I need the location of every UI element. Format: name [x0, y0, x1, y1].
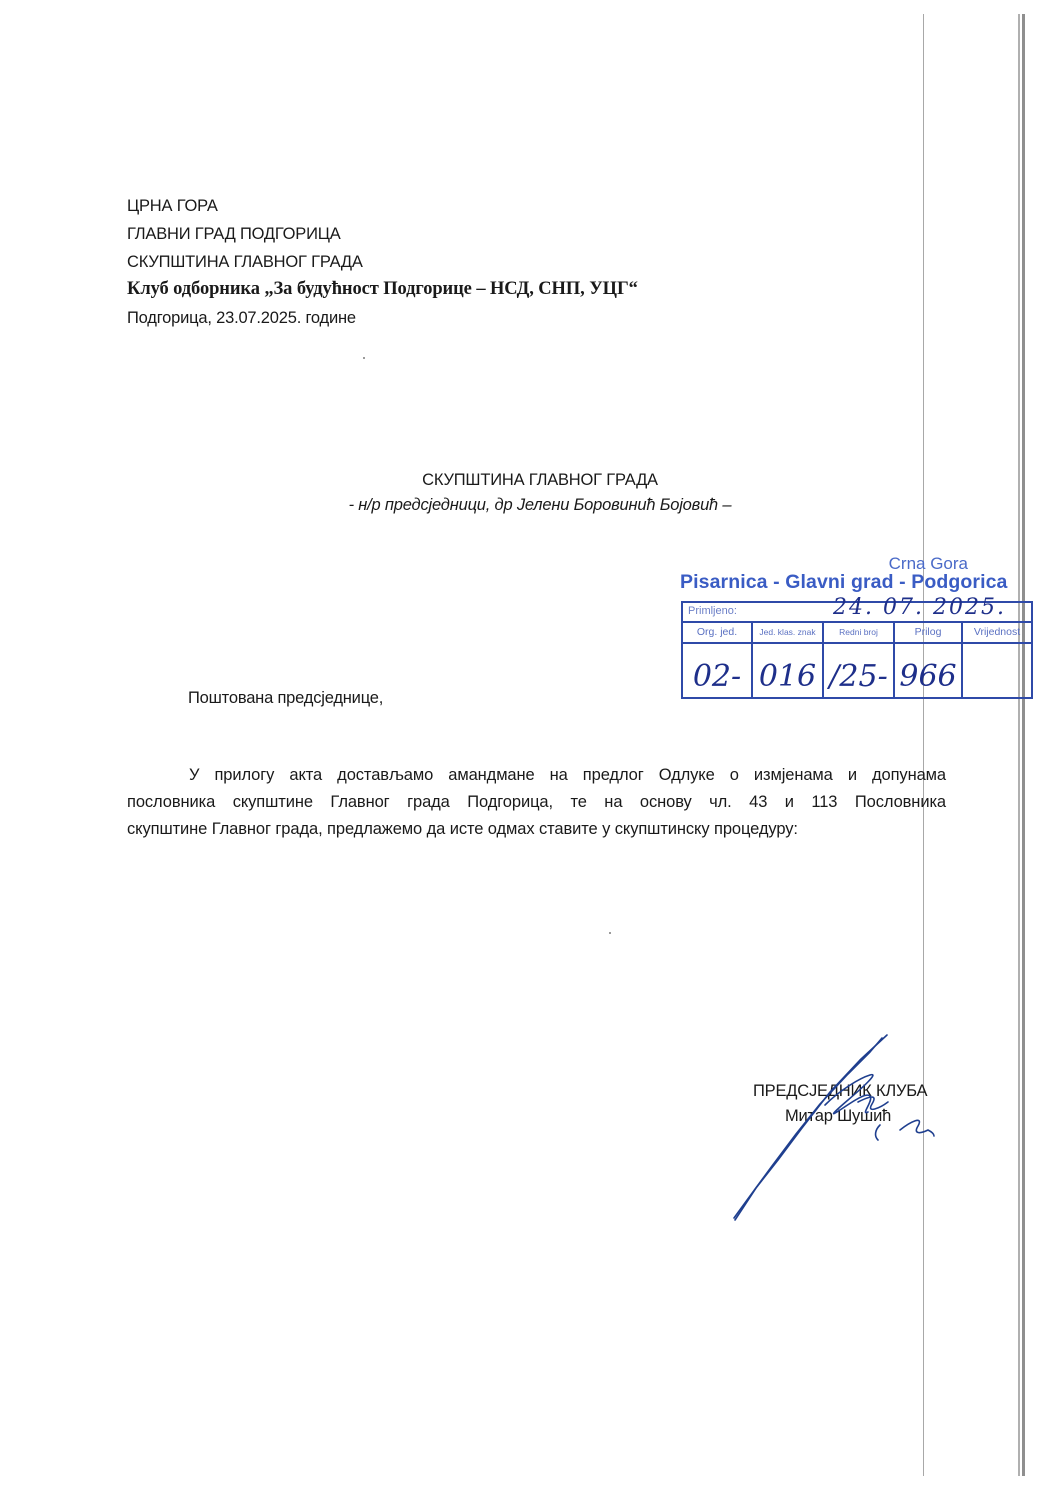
header-assembly: СКУПШТИНА ГЛАВНОГ ГРАДА [127, 252, 363, 272]
stamp-value-org-unit: 02- [683, 659, 751, 695]
header-city: ГЛАВНИ ГРАД ПОДГОРИЦА [127, 224, 341, 244]
scan-edge-line [923, 14, 924, 1476]
signature-title: ПРЕДСЈЕДНИК КЛУБА [753, 1081, 927, 1101]
body-line: У прилогу акта достављамо амандмане на п… [127, 762, 946, 789]
header-place-date: Подгорица, 23.07.2025. године [127, 308, 356, 328]
registry-stamp: Crna Gora Pisarnica - Glavni grad - Podg… [676, 552, 1041, 704]
scan-dot [363, 357, 365, 359]
stamp-header-row: Org. jed. Jed. klas. znak Redni broj Pri… [683, 623, 1031, 644]
stamp-received-row: Primljeno: 24. 07. 2025. [683, 603, 1031, 623]
header-country: ЦРНА ГОРА [127, 196, 218, 216]
recipient-name: СКУПШТИНА ГЛАВНОГ ГРАДА [300, 470, 780, 490]
scan-edge-line [1018, 14, 1020, 1476]
stamp-title-office: Pisarnica - Glavni grad - Podgorica [680, 571, 1008, 593]
handwritten-signature-icon [720, 1030, 940, 1230]
stamp-value-serial: /25- [824, 659, 893, 695]
body-line: скупштине Главног града, предлажемо да и… [127, 816, 946, 843]
stamp-value-attachment: 966 [895, 659, 961, 695]
recipient-attention: - н/р предсједници, др Јелени Боровинић … [280, 495, 800, 515]
body-line: пословника скупштине Главног града Подго… [127, 789, 946, 816]
signature-name: Митар Шушић [785, 1106, 891, 1126]
salutation: Поштована предсједнице, [188, 688, 383, 708]
body-paragraph: У прилогу акта достављамо амандмане на п… [127, 762, 946, 843]
stamp-col-value: Vrijednost [963, 623, 1031, 642]
scan-dot [609, 932, 611, 934]
stamp-col-serial: Redni broj [824, 623, 895, 642]
stamp-received-date: 24. 07. 2025. [833, 595, 1006, 620]
stamp-value-row: 02- 016 /25- 966 [683, 644, 1031, 697]
stamp-col-org-unit: Org. jed. [683, 623, 753, 642]
document-page: ЦРНА ГОРА ГЛАВНИ ГРАД ПОДГОРИЦА СКУПШТИН… [0, 0, 1058, 1497]
scan-edge-line [1022, 14, 1025, 1476]
stamp-value-class-code: 016 [753, 659, 822, 695]
stamp-table: Primljeno: 24. 07. 2025. Org. jed. Jed. … [681, 601, 1033, 699]
header-club: Клуб одборника „За будућност Подгорице –… [127, 279, 638, 299]
stamp-col-attachment: Prilog [895, 623, 963, 642]
stamp-received-label: Primljeno: [688, 605, 737, 617]
stamp-col-class-code: Jed. klas. znak [753, 623, 824, 642]
